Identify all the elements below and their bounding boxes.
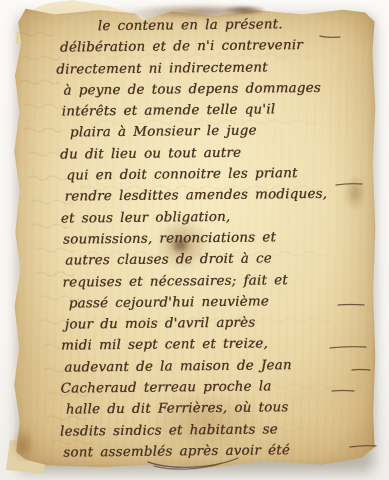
manuscript-line: le contenu en la présent. — [98, 13, 372, 37]
manuscript-line: sont assemblés après avoir été — [63, 439, 376, 464]
manuscript-scan: le contenu en la présent. délibération e… — [0, 0, 389, 480]
manuscript-text-block: le contenu en la présent. délibération e… — [56, 13, 377, 464]
